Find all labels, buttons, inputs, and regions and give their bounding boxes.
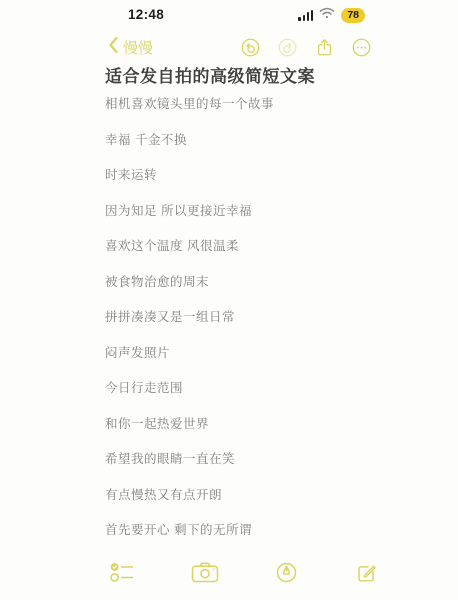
bottom-toolbar [110, 554, 378, 590]
redo-icon[interactable] [277, 37, 298, 58]
note-line: 相机喜欢镜头里的每一个故事 [105, 97, 382, 112]
note-line: 喜欢这个温度 风很温柔 [105, 239, 382, 254]
battery-badge: 78 [341, 8, 365, 23]
cellular-signal-icon [298, 10, 313, 21]
note-line: 拼拼凑凑又是一组日常 [105, 310, 382, 325]
note-line: 首先要开心 剩下的无所谓 [105, 523, 382, 538]
back-chevron-icon [108, 36, 119, 59]
wifi-icon [319, 6, 335, 24]
note-line: 幸福 千金不换 [105, 133, 382, 148]
nav-bar: 慢慢 [108, 33, 372, 61]
status-time: 12:48 [128, 7, 164, 22]
notes-app-screen: 12:48 78 慢慢 [0, 0, 458, 600]
status-bar: 12:48 78 [0, 0, 458, 28]
checklist-icon[interactable] [110, 562, 135, 583]
note-line: 被食物治愈的周末 [105, 275, 382, 290]
share-icon[interactable] [314, 37, 335, 58]
note-line: 和你一起热爱世界 [105, 417, 382, 432]
note-line: 有点慢热又有点开朗 [105, 488, 382, 503]
camera-icon[interactable] [191, 561, 219, 583]
note-title: 适合发自拍的高级简短文案 [105, 66, 382, 88]
undo-icon[interactable] [240, 37, 261, 58]
back-button[interactable]: 慢慢 [108, 36, 153, 59]
status-indicators: 78 [298, 6, 365, 24]
more-icon[interactable] [351, 37, 372, 58]
nav-actions [240, 37, 372, 58]
note-line: 因为知足 所以更接近幸福 [105, 204, 382, 219]
markup-icon[interactable] [275, 561, 298, 584]
note-line: 希望我的眼睛一直在笑 [105, 452, 382, 467]
back-label: 慢慢 [123, 37, 153, 58]
note-content[interactable]: 适合发自拍的高级简短文案 相机喜欢镜头里的每一个故事 幸福 千金不换 时来运转 … [105, 66, 382, 559]
note-line: 今日行走范围 [105, 381, 382, 396]
note-line: 时来运转 [105, 168, 382, 183]
compose-icon[interactable] [354, 561, 378, 584]
note-line: 闷声发照片 [105, 346, 382, 361]
